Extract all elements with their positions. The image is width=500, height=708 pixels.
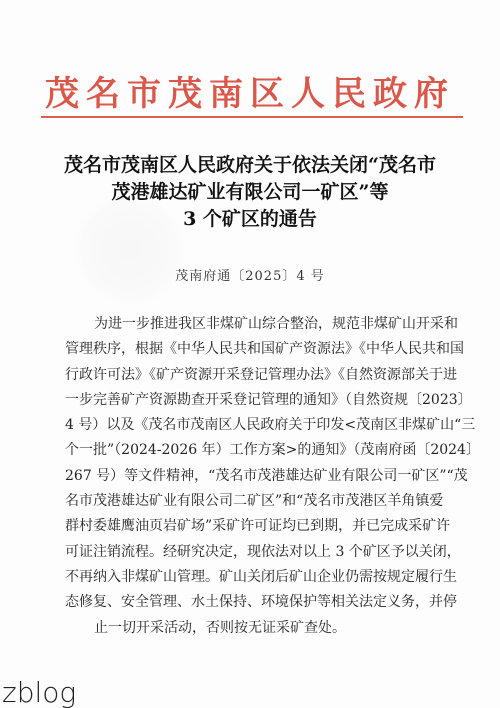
title-line-3: 3 个矿区的通告 xyxy=(0,206,500,233)
watermark-text: zblog xyxy=(2,678,76,708)
body-line: 名市茂港雄达矿业有限公司二矿区”和“茂名市茂港区羊角镇爱 xyxy=(65,489,441,514)
body-line: 4 号）以及《茂名市茂南区人民政府关于印发<茂南区非煤矿山“三 xyxy=(65,413,441,438)
document-page: 茂名市茂南区人民政府 茂名市茂南区人民政府关于依法关闭“茂名市 茂港雄达矿业有限… xyxy=(0,0,500,708)
document-title: 茂名市茂南区人民政府关于依法关闭“茂名市 茂港雄达矿业有限公司一矿区”等 3 个… xyxy=(0,152,500,233)
body-line: 群村委雄鹰油页岩矿场”采矿许可证均已到期，并已完成采矿许 xyxy=(65,514,441,539)
body-line: 一步完善矿产资源勘查开采登记管理的通知》（自然资规〔2023〕 xyxy=(65,388,441,413)
document-number: 茂南府通〔2025〕4 号 xyxy=(0,265,500,284)
document-body: 为进一步推进我区非煤矿山综合整治，规范非煤矿山开采和 管理秩序，根据《中华人民共… xyxy=(65,312,441,641)
body-line: 止一切开采活动，否则按无证采矿查处。 xyxy=(65,616,441,641)
body-line: 267 号）等文件精神，“茂名市茂港雄达矿业有限公司一矿区”“茂 xyxy=(65,464,441,489)
title-line-2: 茂港雄达矿业有限公司一矿区”等 xyxy=(0,179,500,206)
body-line: 个一批”（2024-2026 年）工作方案>的通知》（茂南府函〔2024〕 xyxy=(65,438,441,463)
body-line: 行政许可法》《矿产资源开采登记管理办法》《自然资源部关于进 xyxy=(65,363,441,388)
title-line-1: 茂名市茂南区人民政府关于依法关闭“茂名市 xyxy=(0,152,500,179)
body-line: 态修复、安全管理、水土保持、环境保护等相关法定义务，并停 xyxy=(65,590,441,615)
body-line: 可证注销流程。经研究决定，现依法对以上 3 个矿区予以关闭， xyxy=(65,540,441,565)
body-line: 为进一步推进我区非煤矿山综合整治，规范非煤矿山开采和 xyxy=(65,312,441,337)
body-line: 不再纳入非煤矿山管理。矿山关闭后矿山企业仍需按规定履行生 xyxy=(65,565,441,590)
body-line: 管理秩序，根据《中华人民共和国矿产资源法》《中华人民共和国 xyxy=(65,337,441,362)
header-red-rule xyxy=(41,116,463,118)
issuer-header: 茂名市茂南区人民政府 xyxy=(0,74,500,114)
